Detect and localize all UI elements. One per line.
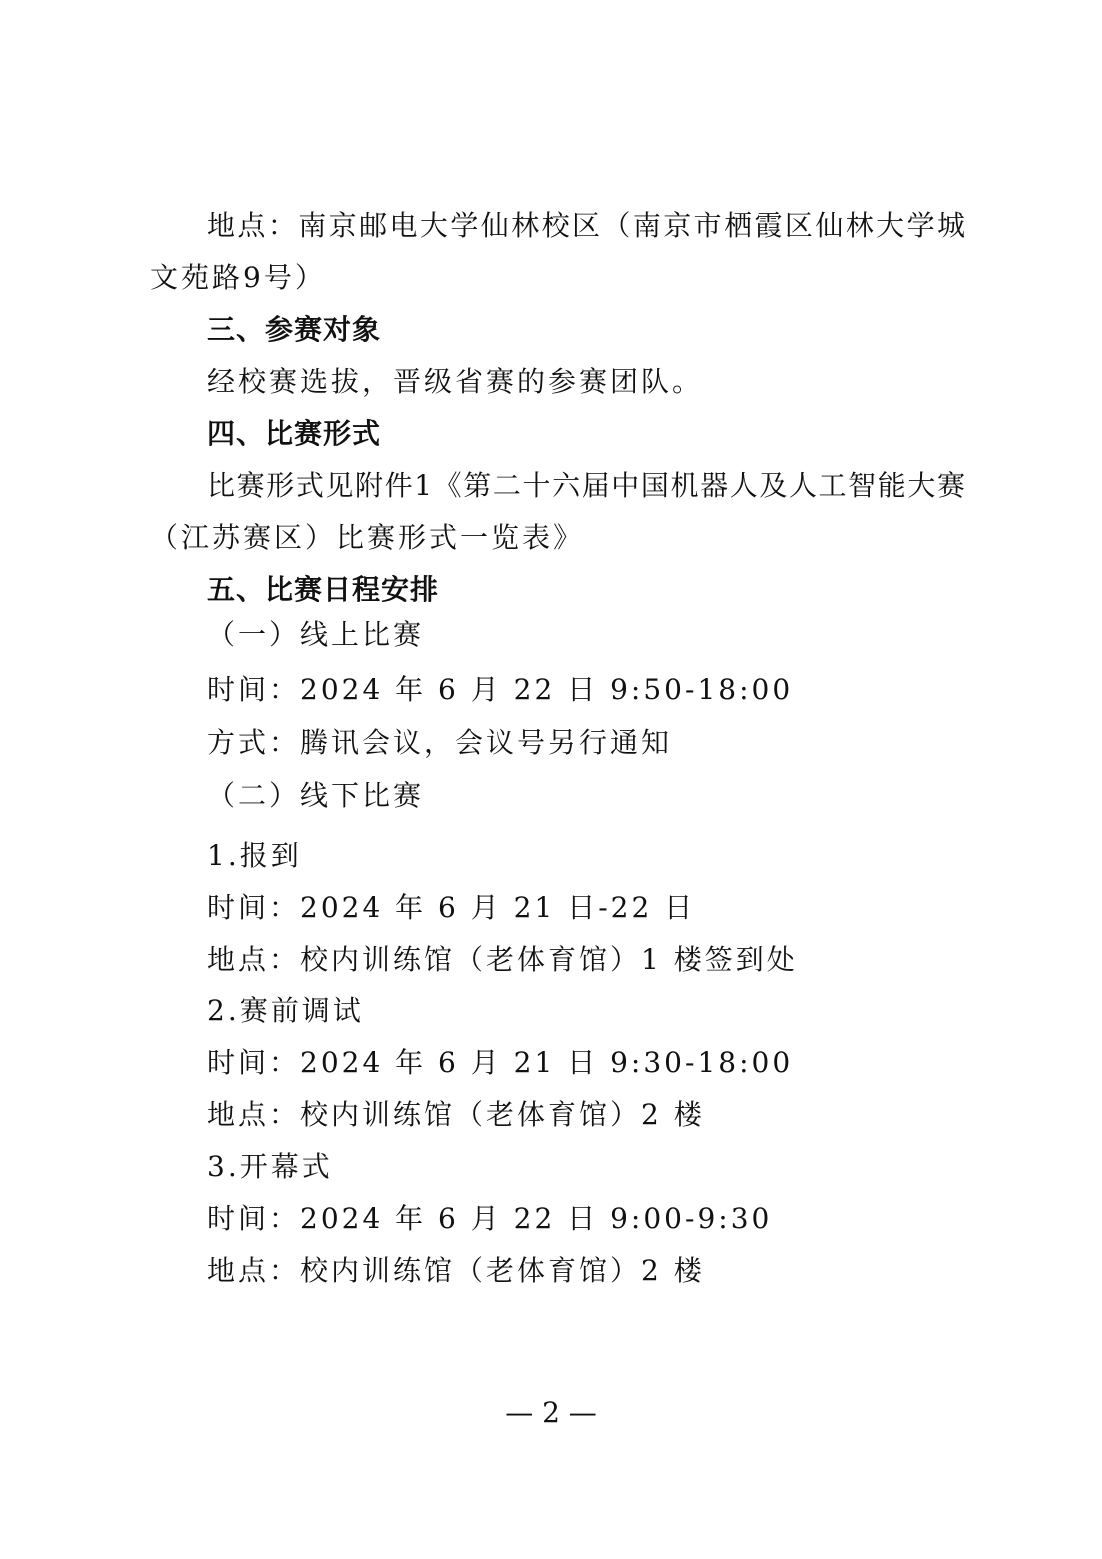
offline-contest-heading: （二）线下比赛 xyxy=(207,778,424,814)
offline-item-2-title: 2.赛前调试 xyxy=(207,993,364,1029)
section-4-body-line-1: 比赛形式见附件1《第二十六届中国机器人及人工智能大赛 xyxy=(207,468,965,504)
venue-location-line-1: 地点：南京邮电大学仙林校区（南京市栖霞区仙林大学城 xyxy=(207,208,965,244)
section-3-heading: 三、参赛对象 xyxy=(207,312,381,348)
offline-item-1-title: 1.报到 xyxy=(207,838,302,874)
section-5-heading: 五、比赛日程安排 xyxy=(207,572,439,608)
page-number: — 2 — xyxy=(0,1395,1102,1431)
offline-item-3-time: 时间：2024 年 6 月 22 日 9:00-9:30 xyxy=(207,1201,772,1237)
offline-item-2-place: 地点：校内训练馆（老体育馆）2 楼 xyxy=(207,1097,705,1133)
offline-item-3-title: 3.开幕式 xyxy=(207,1149,333,1185)
offline-item-2-time: 时间：2024 年 6 月 21 日 9:30-18:00 xyxy=(207,1045,793,1081)
offline-item-1-time: 时间：2024 年 6 月 21 日-22 日 xyxy=(207,890,695,926)
section-4-heading: 四、比赛形式 xyxy=(207,416,381,452)
online-contest-time: 时间：2024 年 6 月 22 日 9:50-18:00 xyxy=(207,672,793,708)
offline-item-1-place: 地点：校内训练馆（老体育馆）1 楼签到处 xyxy=(207,942,798,978)
section-4-body-line-2: （江苏赛区）比赛形式一览表》 xyxy=(150,520,584,556)
venue-location-line-2: 文苑路9号） xyxy=(150,260,326,296)
online-contest-heading: （一）线上比赛 xyxy=(207,617,424,653)
offline-item-3-place: 地点：校内训练馆（老体育馆）2 楼 xyxy=(207,1253,705,1289)
section-3-body: 经校赛选拔，晋级省赛的参赛团队。 xyxy=(207,364,703,400)
online-contest-method: 方式：腾讯会议，会议号另行通知 xyxy=(207,725,672,761)
